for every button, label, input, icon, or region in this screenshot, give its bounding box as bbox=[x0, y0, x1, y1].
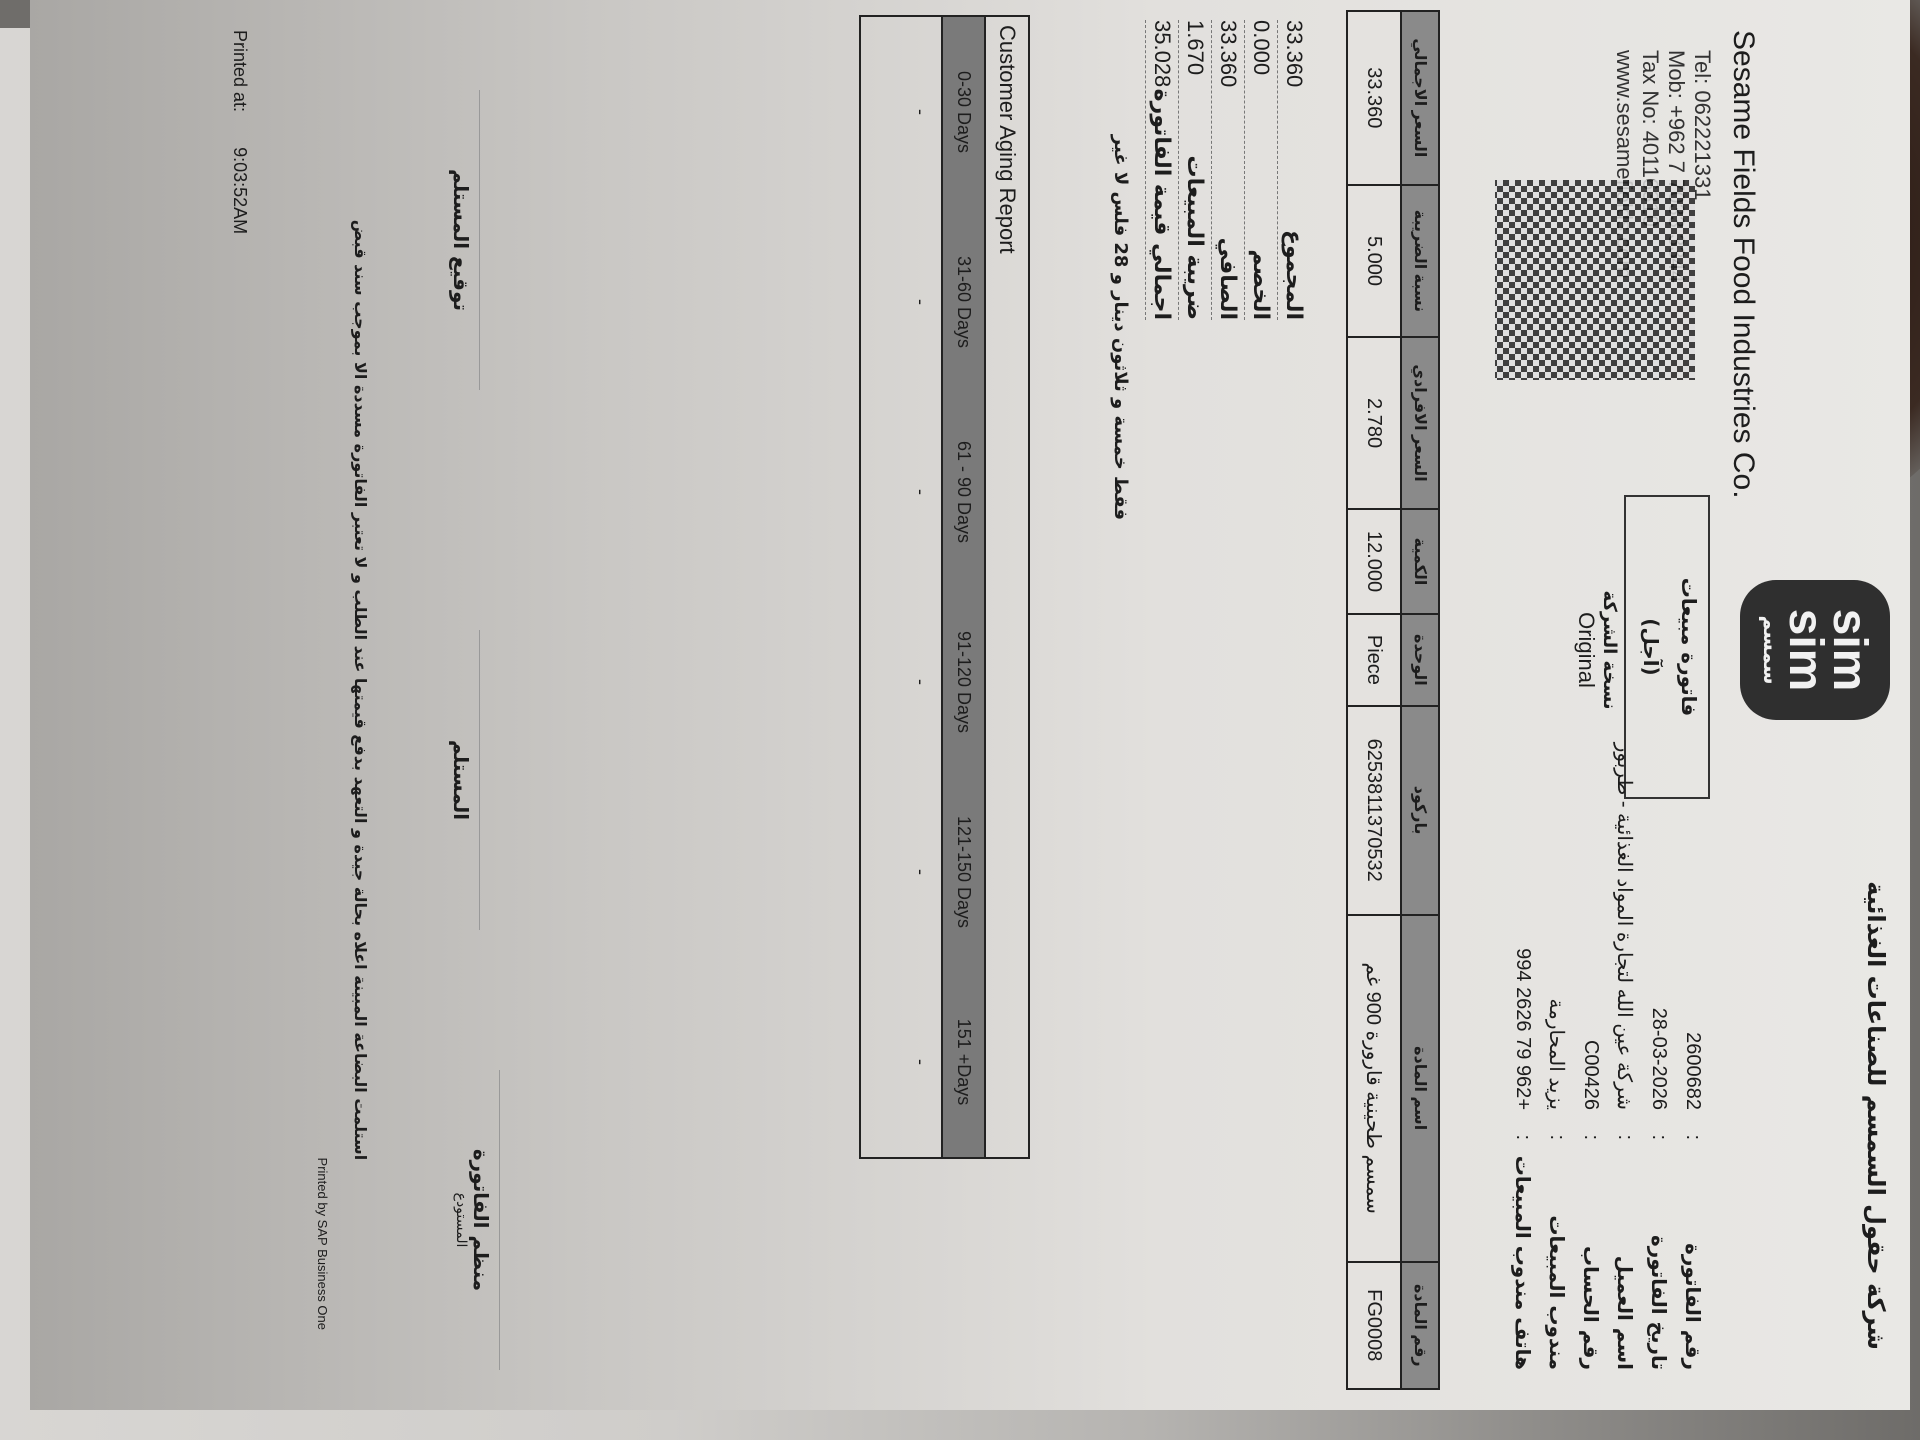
printed-at-value: 9:03:52AM bbox=[230, 147, 250, 234]
printed-by: Printed by SAP Business One bbox=[315, 1158, 330, 1330]
table-cell: 2.780 bbox=[1347, 337, 1401, 509]
meta-row: هاتف مندوب المبيعات:+962 79 2626 994 bbox=[1506, 720, 1540, 1370]
table-header: الوحدة bbox=[1401, 614, 1439, 705]
table-cell: 33.360 bbox=[1347, 11, 1401, 185]
issuer-label: منظم الفاتورة bbox=[469, 1070, 493, 1370]
totals-row: 0.000الخصم bbox=[1244, 20, 1277, 320]
meta-value: 2600682 bbox=[1682, 1032, 1705, 1110]
table-header: نسبة الضريبة bbox=[1401, 185, 1439, 338]
table-header: اسم المادة bbox=[1401, 915, 1439, 1262]
meta-colon: : bbox=[1614, 1110, 1637, 1140]
amount-in-words: فقط خمسة و ثلاثون دينار و 28 فلس لا غير bbox=[1110, 20, 1131, 520]
table-cell: سمسم طحينية قارورة 900 غم bbox=[1347, 915, 1401, 1262]
aging-title: Customer Aging Report bbox=[984, 17, 1028, 1157]
recipient-signature: توقيع المستلم bbox=[449, 90, 480, 390]
company-name-en: Sesame Fields Food Industries Co. bbox=[1726, 30, 1760, 499]
company-logo: sim sim سمسم bbox=[1740, 580, 1890, 720]
aging-value: - bbox=[861, 967, 941, 1157]
aging-value: - bbox=[861, 207, 941, 397]
aging-value: - bbox=[861, 587, 941, 777]
meta-row: تاريخ الفاتورة:28-03-2026 bbox=[1642, 720, 1676, 1370]
meta-label: رقم الحساب bbox=[1579, 1140, 1603, 1370]
totals-row: 33.360الصافي bbox=[1211, 20, 1244, 320]
totals-row: 33.360المجموع bbox=[1277, 20, 1310, 320]
meta-label: مندوب المبيعات bbox=[1545, 1140, 1569, 1370]
company-name-ar: شركة حقول السمسم للصناعات الغذائية bbox=[1862, 881, 1890, 1350]
invoice-meta: رقم الفاتورة:2600682تاريخ الفاتورة:28-03… bbox=[1506, 720, 1710, 1370]
totals-label: الخصم bbox=[1249, 249, 1274, 320]
totals-block: 33.360المجموع0.000الخصم33.360الصافي1.670… bbox=[1110, 20, 1310, 520]
totals-label: المجموع bbox=[1282, 230, 1307, 320]
meta-colon: : bbox=[1682, 1110, 1705, 1140]
printed-at: Printed at: 9:03:52AM bbox=[229, 30, 250, 234]
meta-label: هاتف مندوب المبيعات bbox=[1511, 1140, 1535, 1370]
meta-value: C00426 bbox=[1580, 1040, 1603, 1110]
customer-aging-report: Customer Aging Report 0-30 Days31-60 Day… bbox=[859, 15, 1030, 1159]
logo-text-ar: سمسم bbox=[1759, 615, 1784, 684]
table-header: باركود bbox=[1401, 706, 1439, 915]
table-cell: 12.000 bbox=[1347, 509, 1401, 614]
aging-bucket: 0-30 Days bbox=[943, 17, 984, 207]
meta-value: +962 79 2626 994 bbox=[1512, 948, 1535, 1110]
meta-label: رقم الفاتورة bbox=[1681, 1140, 1705, 1370]
invoice-issuer: منظم الفاتورة المستودع bbox=[453, 1070, 500, 1370]
meta-row: مندوب المبيعات:يزيد المحارمة bbox=[1540, 720, 1574, 1370]
totals-value: 33.360 bbox=[1215, 20, 1241, 87]
totals-value: 0.000 bbox=[1248, 20, 1274, 75]
recipient-label: المستلم bbox=[449, 630, 480, 930]
qr-code bbox=[1495, 180, 1695, 380]
aging-bucket: 61 - 90 Days bbox=[943, 397, 984, 587]
meta-colon: : bbox=[1648, 1110, 1671, 1140]
meta-value: يزيد المحارمة bbox=[1545, 998, 1570, 1110]
table-cell: Piece bbox=[1347, 614, 1401, 705]
aging-bucket: 151 +Days bbox=[943, 967, 984, 1157]
meta-row: رقم الحساب:C00426 bbox=[1574, 720, 1608, 1370]
totals-label: اجمالي قيمة الفاتورة bbox=[1150, 89, 1175, 320]
meta-value: 28-03-2026 bbox=[1648, 1008, 1671, 1110]
aging-bucket: 121-150 Days bbox=[943, 777, 984, 967]
meta-label: اسم العميل bbox=[1613, 1140, 1637, 1370]
totals-row: 35.028اجمالي قيمة الفاتورة bbox=[1145, 20, 1178, 320]
printed-at-label: Printed at: bbox=[230, 30, 250, 112]
meta-row: اسم العميل:شركة عين الله لتجارة المواد ا… bbox=[1608, 720, 1642, 1370]
items-table: السعر الاجمالينسبة الضريبةالسعر الافرادي… bbox=[1346, 10, 1440, 1390]
footer-disclaimer: استلمت البضاعة المبينة اعلاه بحالة جيدة … bbox=[351, 140, 370, 1240]
table-cell: 5.000 bbox=[1347, 185, 1401, 338]
meta-colon: : bbox=[1546, 1110, 1569, 1140]
table-header: رقم المادة bbox=[1401, 1262, 1439, 1390]
totals-value: 33.360 bbox=[1281, 20, 1307, 87]
aging-value: - bbox=[861, 17, 941, 207]
invoice-page: Sesame Fields Food Industries Co. Tel: 0… bbox=[30, 0, 1910, 1410]
meta-colon: : bbox=[1512, 1110, 1535, 1140]
totals-value: 35.028 bbox=[1149, 20, 1175, 87]
meta-colon: : bbox=[1580, 1110, 1603, 1140]
aging-value: - bbox=[861, 397, 941, 587]
logo-text: sim bbox=[1828, 609, 1872, 692]
meta-label: تاريخ الفاتورة bbox=[1647, 1140, 1671, 1370]
meta-row: رقم الفاتورة:2600682 bbox=[1676, 720, 1710, 1370]
totals-row: 1.670ضريبة المبيعات bbox=[1178, 20, 1211, 320]
aging-value: - bbox=[861, 777, 941, 967]
issuer-sub: المستودع bbox=[453, 1070, 469, 1370]
totals-value: 1.670 bbox=[1182, 20, 1208, 75]
meta-value: شركة عين الله لتجارة المواد الغذائية - ط… bbox=[1613, 743, 1638, 1110]
logo-text-2: sim bbox=[1784, 609, 1828, 692]
aging-bucket: 91-120 Days bbox=[943, 587, 984, 777]
totals-label: ضريبة المبيعات bbox=[1183, 156, 1208, 320]
table-header: السعر الاجمالي bbox=[1401, 11, 1439, 185]
table-header: الكمية bbox=[1401, 509, 1439, 614]
table-header: السعر الافرادي bbox=[1401, 337, 1439, 509]
totals-label: الصافي bbox=[1216, 238, 1241, 320]
aging-bucket: 31-60 Days bbox=[943, 207, 984, 397]
table-cell: FG0008 bbox=[1347, 1262, 1401, 1390]
table-cell: 6253811370532 bbox=[1347, 706, 1401, 915]
table-row: 33.3605.0002.78012.000Piece6253811370532… bbox=[1347, 11, 1401, 1389]
